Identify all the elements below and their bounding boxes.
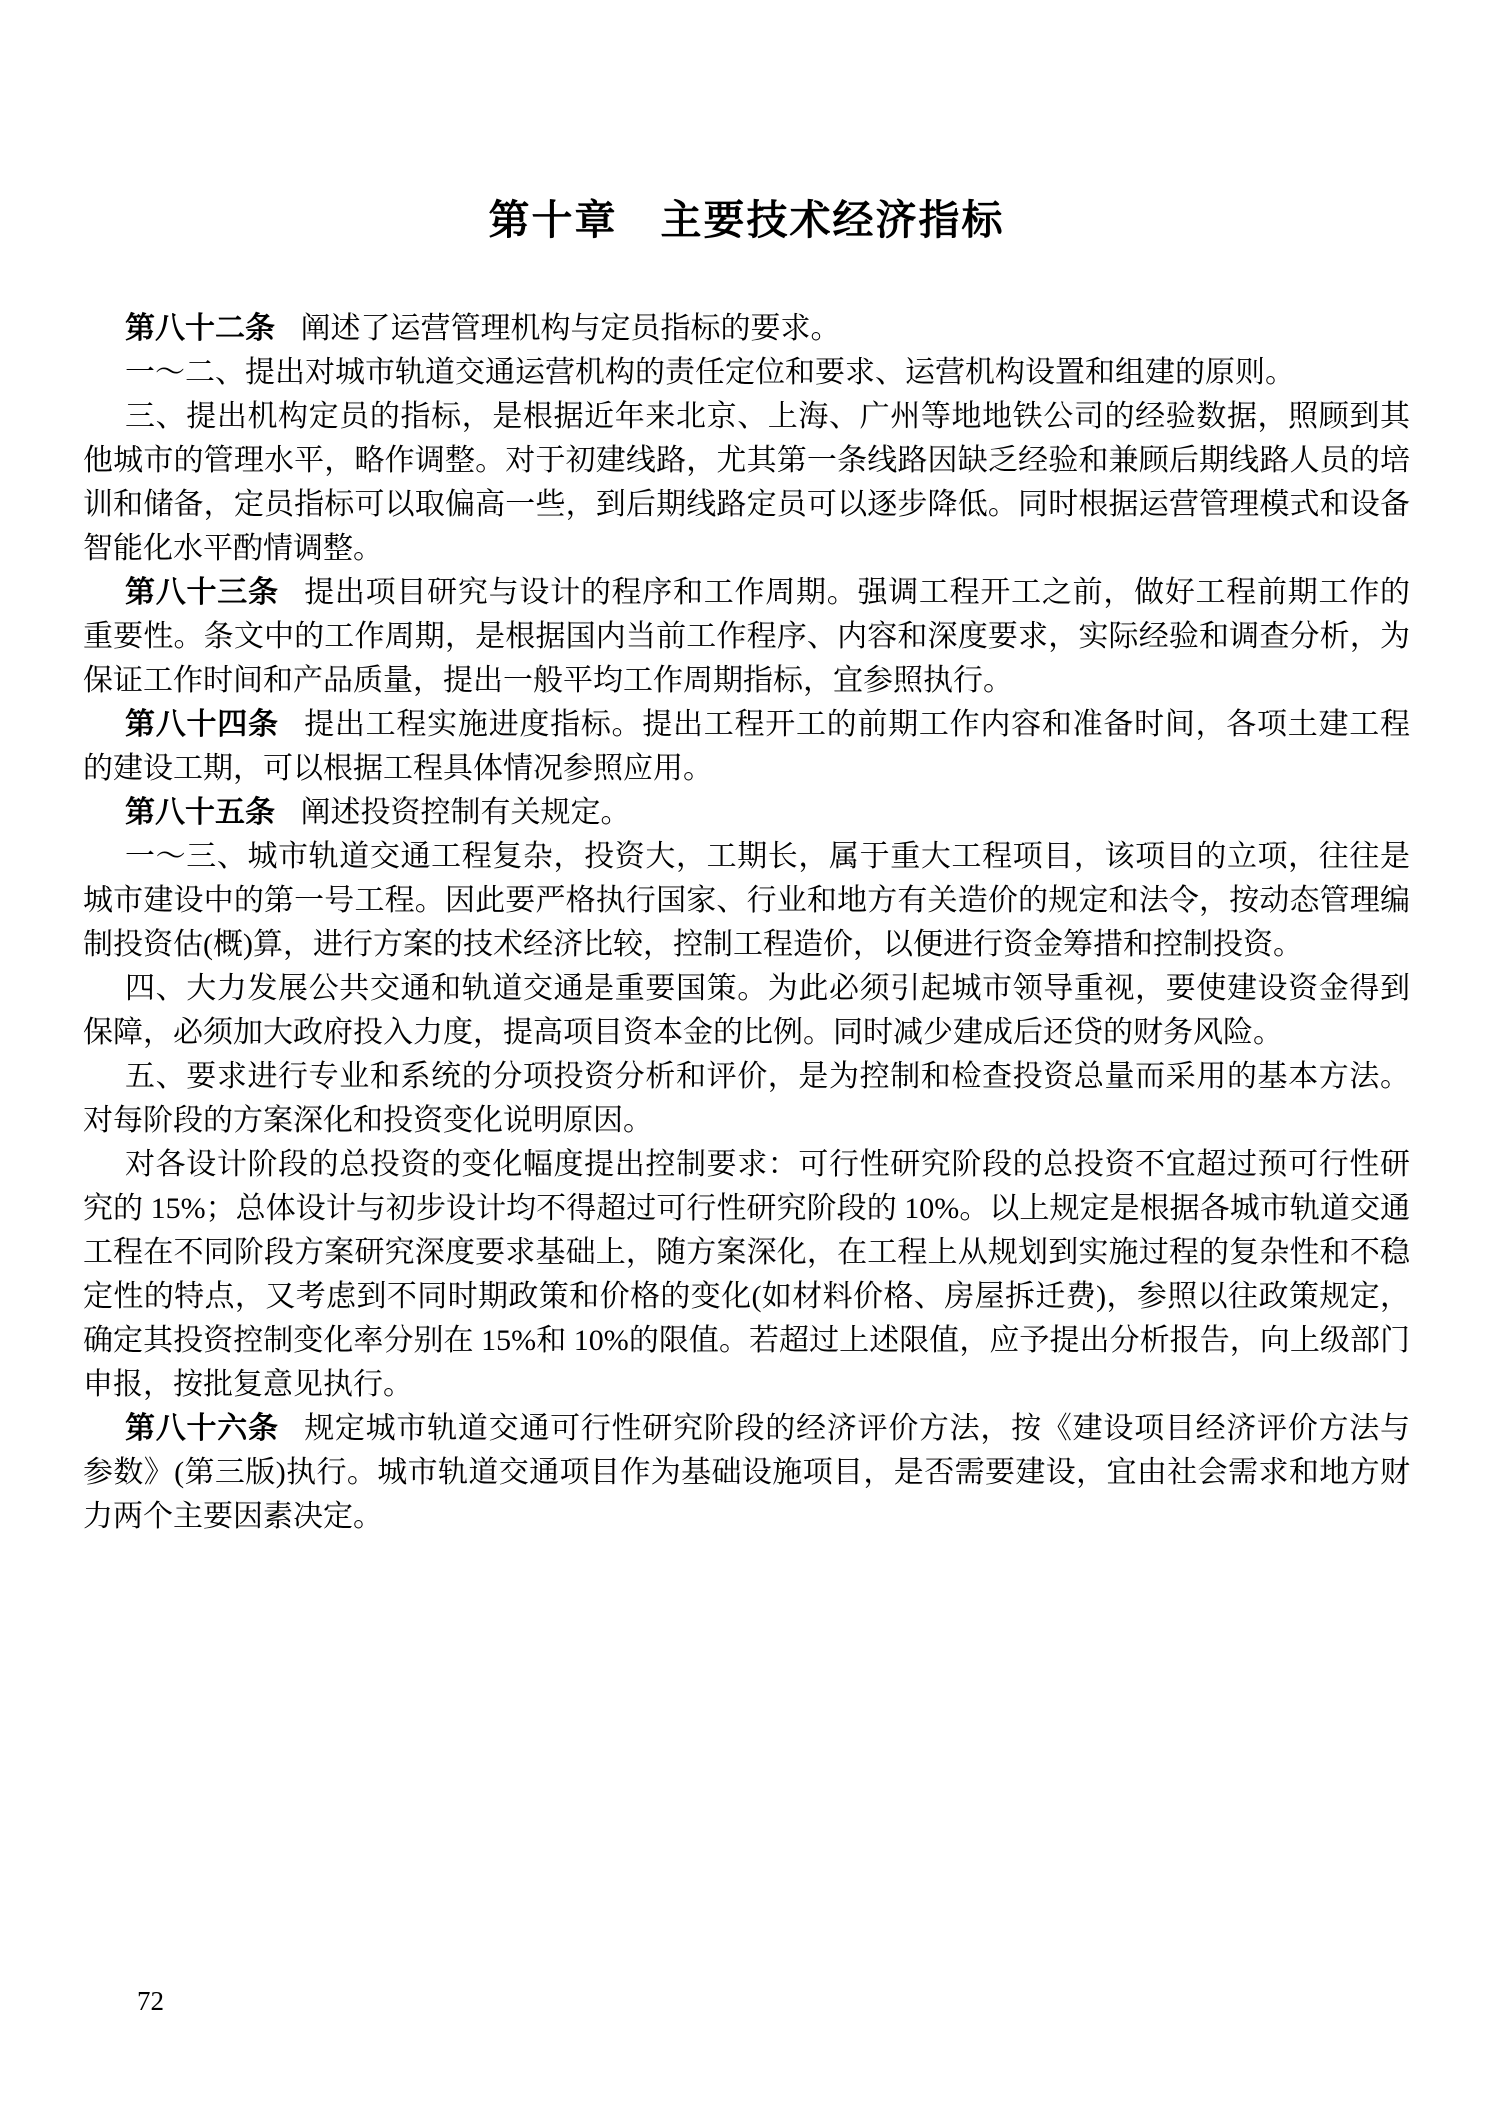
document-page: 第十章 主要技术经济指标 第八十二条阐述了运营管理机构与定员指标的要求。 一～二… — [0, 0, 1493, 2121]
chapter-body: 第八十二条阐述了运营管理机构与定员指标的要求。 一～二、提出对城市轨道交通运营机… — [83, 307, 1410, 1539]
article-number-label: 第八十三条 — [125, 576, 304, 609]
paragraph: 五、要求进行专业和系统的分项投资分析和评价，是为控制和检查投资总量而采用的基本方… — [83, 1055, 1410, 1143]
paragraph-text: 对各设计阶段的总投资的变化幅度提出控制要求：可行性研究阶段的总投资不宜超过预可行… — [83, 1148, 1410, 1401]
paragraph-text: 三、提出机构定员的指标，是根据近年来北京、上海、广州等地地铁公司的经验数据，照顾… — [83, 400, 1410, 565]
article-number-label: 第八十四条 — [125, 708, 304, 741]
paragraph: 三、提出机构定员的指标，是根据近年来北京、上海、广州等地地铁公司的经验数据，照顾… — [83, 395, 1410, 571]
paragraph: 对各设计阶段的总投资的变化幅度提出控制要求：可行性研究阶段的总投资不宜超过预可行… — [83, 1143, 1410, 1407]
paragraph: 第八十五条阐述投资控制有关规定。 — [83, 791, 1410, 835]
paragraph: 四、大力发展公共交通和轨道交通是重要国策。为此必须引起城市领导重视，要使建设资金… — [83, 967, 1410, 1055]
article-number-label: 第八十二条 — [125, 312, 301, 345]
page-number: 72 — [137, 1986, 164, 2017]
paragraph: 第八十二条阐述了运营管理机构与定员指标的要求。 — [83, 307, 1410, 351]
paragraph-text: 阐述了运营管理机构与定员指标的要求。 — [301, 312, 841, 345]
article-number-label: 第八十六条 — [125, 1412, 304, 1445]
paragraph-text: 一～三、城市轨道交通工程复杂，投资大，工期长，属于重大工程项目，该项目的立项，往… — [83, 840, 1410, 961]
chapter-title: 第十章 主要技术经济指标 — [0, 0, 1493, 245]
paragraph-text: 阐述投资控制有关规定。 — [301, 796, 631, 829]
paragraph: 第八十六条规定城市轨道交通可行性研究阶段的经济评价方法，按《建设项目经济评价方法… — [83, 1407, 1410, 1539]
article-number-label: 第八十五条 — [125, 796, 301, 829]
paragraph: 一～二、提出对城市轨道交通运营机构的责任定位和要求、运营机构设置和组建的原则。 — [83, 351, 1410, 395]
paragraph-text: 四、大力发展公共交通和轨道交通是重要国策。为此必须引起城市领导重视，要使建设资金… — [83, 972, 1410, 1049]
paragraph-text: 五、要求进行专业和系统的分项投资分析和评价，是为控制和检查投资总量而采用的基本方… — [83, 1060, 1410, 1137]
paragraph-text: 一～二、提出对城市轨道交通运营机构的责任定位和要求、运营机构设置和组建的原则。 — [125, 356, 1295, 389]
paragraph: 一～三、城市轨道交通工程复杂，投资大，工期长，属于重大工程项目，该项目的立项，往… — [83, 835, 1410, 967]
paragraph: 第八十三条提出项目研究与设计的程序和工作周期。强调工程开工之前，做好工程前期工作… — [83, 571, 1410, 703]
paragraph: 第八十四条提出工程实施进度指标。提出工程开工的前期工作内容和准备时间，各项土建工… — [83, 703, 1410, 791]
